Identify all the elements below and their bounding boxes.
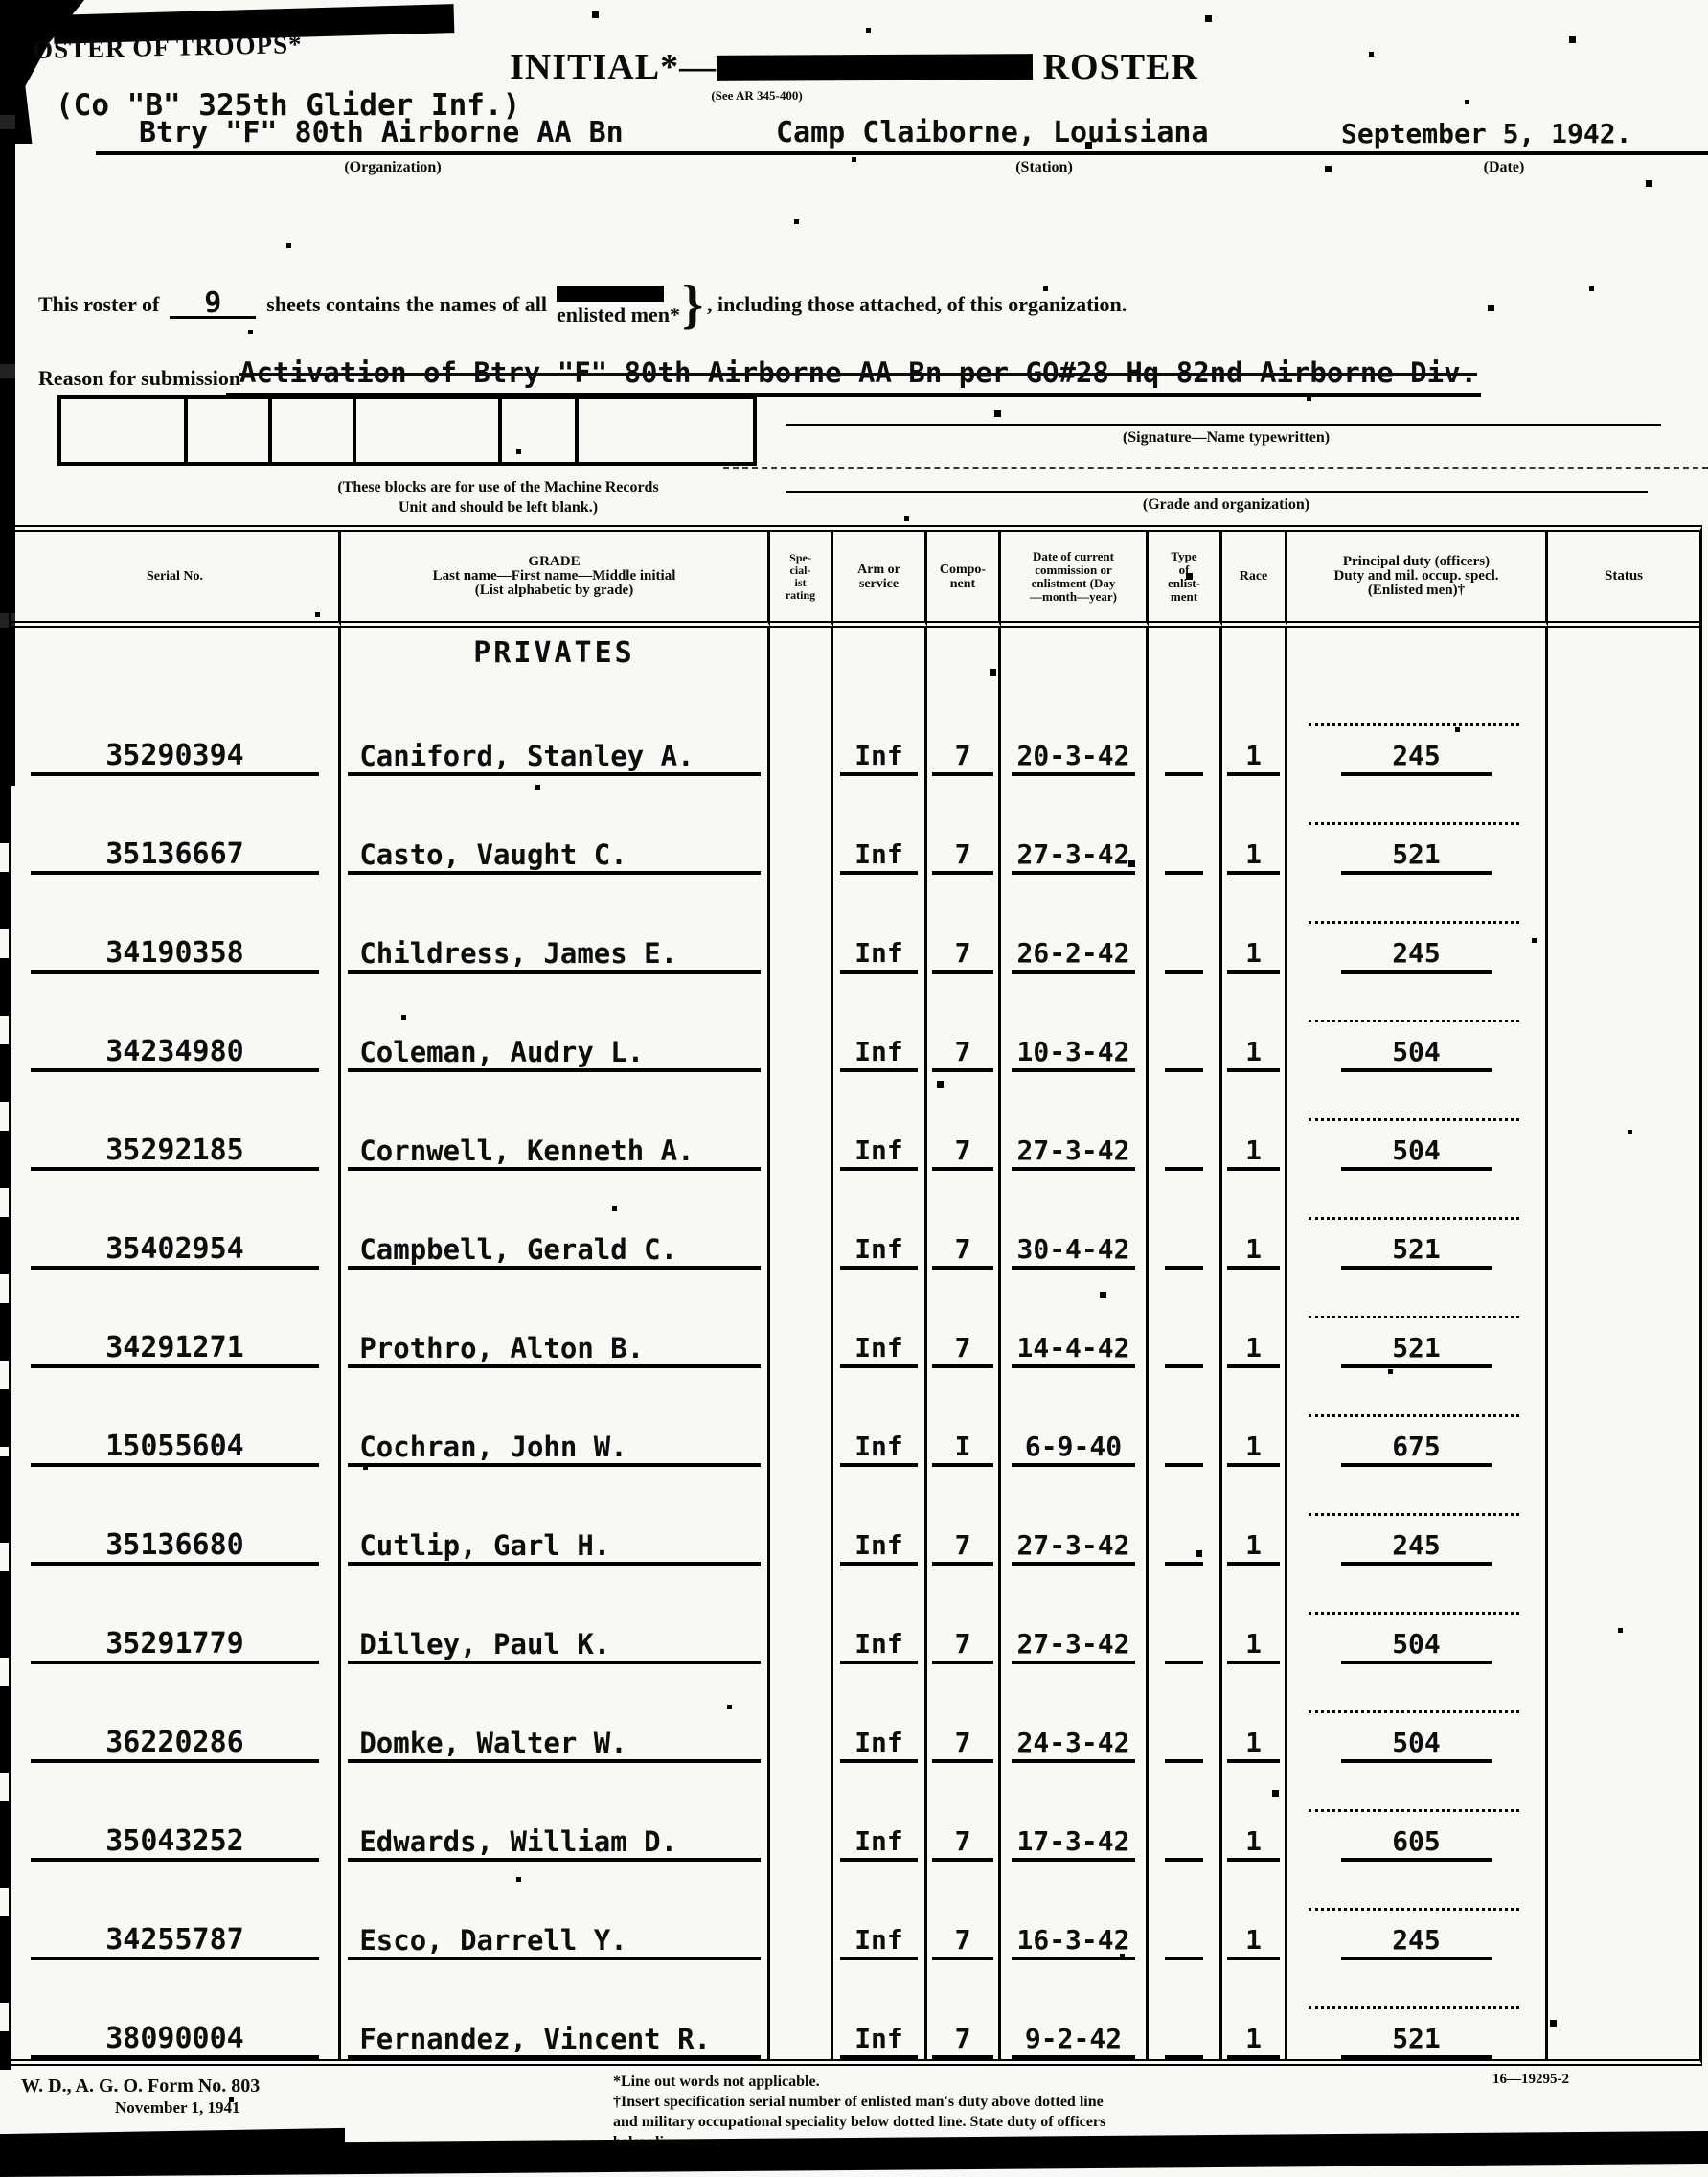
header-race: Race <box>1222 532 1287 628</box>
duty-dotted-line <box>1309 1414 1520 1417</box>
component-value: 7 <box>932 742 993 776</box>
name-value: Caniford, Stanley A. <box>348 742 760 776</box>
machine-records-box <box>579 395 757 466</box>
status-cell <box>1548 1960 1699 2059</box>
serial-cell: 35136680 <box>11 1467 341 1566</box>
name-value: Fernandez, Vincent R. <box>348 2025 760 2059</box>
arm-cell: Inf <box>833 1862 927 1960</box>
organization-label: (Organization) <box>249 159 536 176</box>
race-cell: 1 <box>1222 1566 1287 1664</box>
status-cell <box>1548 1763 1699 1862</box>
type-cell <box>1149 1171 1222 1270</box>
duty-dotted-line <box>1309 2006 1520 2009</box>
name-value: Esco, Darrell Y. <box>348 1926 760 1960</box>
type-cell <box>1149 974 1222 1072</box>
section-row-cell <box>927 628 1001 677</box>
serial-cell: 35292185 <box>11 1072 341 1171</box>
date-cell: 24-3-42 <box>1001 1664 1149 1763</box>
section-row-cell <box>1149 628 1222 677</box>
reason-for-submission-row: Reason for submission Activation of Btry… <box>38 355 1686 397</box>
race-value: 1 <box>1227 840 1281 875</box>
race-cell: 1 <box>1222 1467 1287 1566</box>
sheet-count-underline <box>170 316 256 319</box>
duty-value: 605 <box>1341 1827 1491 1862</box>
duty-cell: 675 <box>1287 1368 1548 1467</box>
specialist-cell <box>770 1664 833 1763</box>
dashed-divider <box>723 467 1708 469</box>
header-status: Status <box>1548 532 1699 628</box>
duty-dotted-line <box>1309 822 1520 825</box>
race-cell: 1 <box>1222 875 1287 974</box>
machine-records-box <box>188 395 272 466</box>
name-value: Casto, Vaught C. <box>348 840 760 875</box>
date-cell: 9-2-42 <box>1001 1960 1149 2059</box>
scanned-roster-document: OSTER OF TROOPS* INITIAL*— ROSTER (See A… <box>0 0 1708 2177</box>
specialist-cell <box>770 875 833 974</box>
component-cell: 7 <box>927 974 1001 1072</box>
duty-value: 245 <box>1341 1531 1491 1566</box>
section-row-cell <box>1287 628 1548 677</box>
name-cell: Dilley, Paul K. <box>341 1566 770 1664</box>
type-cell <box>1149 776 1222 875</box>
header-specialist-rating: Spe- cial- ist rating <box>770 532 833 628</box>
name-cell: Prothro, Alton B. <box>341 1270 770 1368</box>
component-value: 7 <box>932 1630 993 1664</box>
name-value: Edwards, William D. <box>348 1827 760 1862</box>
name-cell: Childress, James E. <box>341 875 770 974</box>
arm-cell: Inf <box>833 1171 927 1270</box>
sentence-part1: This roster of <box>38 292 159 317</box>
name-cell: Edwards, William D. <box>341 1763 770 1862</box>
duty-cell: 504 <box>1287 1664 1548 1763</box>
duty-dotted-line <box>1309 1118 1520 1121</box>
specialist-cell <box>770 776 833 875</box>
type-cell <box>1149 1072 1222 1171</box>
form-date: November 1, 1941 <box>115 2098 239 2118</box>
section-row-cell <box>1222 628 1287 677</box>
component-value: 7 <box>932 939 993 974</box>
closing-brace-glyph: } <box>682 274 703 335</box>
name-value: Domke, Walter W. <box>348 1729 760 1763</box>
specialist-cell <box>770 1171 833 1270</box>
sentence-part2: sheets contains the names of all <box>266 292 547 317</box>
roster-sentence: This roster of 9 sheets contains the nam… <box>38 274 1686 335</box>
arm-cell: Inf <box>833 1467 927 1566</box>
title-redaction-bar <box>717 54 1033 81</box>
duty-value: 521 <box>1341 1334 1491 1368</box>
status-cell <box>1548 1467 1699 1566</box>
date-value: 27-3-42 <box>1012 1136 1136 1171</box>
serial-value: 34190358 <box>31 939 318 974</box>
serial-cell: 35136667 <box>11 776 341 875</box>
duty-value: 245 <box>1341 742 1491 776</box>
arm-value: Inf <box>840 1827 919 1862</box>
type-cell <box>1149 1368 1222 1467</box>
name-cell: Cochran, John W. <box>341 1368 770 1467</box>
duty-dotted-line <box>1309 1020 1520 1022</box>
race-value: 1 <box>1227 1630 1281 1664</box>
duty-cell: 521 <box>1287 1960 1548 2059</box>
status-cell <box>1548 875 1699 974</box>
sentence-part3: , including those attached, of this orga… <box>707 292 1127 317</box>
serial-cell: 35290394 <box>11 677 341 776</box>
duty-value: 504 <box>1341 1729 1491 1763</box>
race-value: 1 <box>1227 939 1281 974</box>
arm-cell: Inf <box>833 677 927 776</box>
status-cell <box>1548 1072 1699 1171</box>
duty-dotted-line <box>1309 1612 1520 1615</box>
component-cell: 7 <box>927 1072 1001 1171</box>
name-value: Coleman, Audry L. <box>348 1038 760 1072</box>
component-cell: I <box>927 1368 1001 1467</box>
name-cell: Campbell, Gerald C. <box>341 1171 770 1270</box>
serial-cell: 34291271 <box>11 1270 341 1368</box>
date-cell: 6-9-40 <box>1001 1368 1149 1467</box>
component-cell: 7 <box>927 1270 1001 1368</box>
date-value: 26-2-42 <box>1012 939 1136 974</box>
date-value: 10-3-42 <box>1012 1038 1136 1072</box>
race-cell: 1 <box>1222 1664 1287 1763</box>
race-value: 1 <box>1227 1038 1281 1072</box>
name-cell: Fernandez, Vincent R. <box>341 1960 770 2059</box>
duty-cell: 245 <box>1287 1862 1548 1960</box>
date-value: 14-4-42 <box>1012 1334 1136 1368</box>
specialist-cell <box>770 1467 833 1566</box>
header-principal-duty: Principal duty (officers) Duty and mil. … <box>1287 532 1548 628</box>
arm-value: Inf <box>840 1926 919 1960</box>
specialist-cell <box>770 1763 833 1862</box>
date-cell: 30-4-42 <box>1001 1171 1149 1270</box>
page-title: INITIAL*— ROSTER <box>0 46 1708 88</box>
duty-value: 521 <box>1341 2025 1491 2059</box>
type-cell <box>1149 1467 1222 1566</box>
name-cell: Cornwell, Kenneth A. <box>341 1072 770 1171</box>
status-cell <box>1548 1171 1699 1270</box>
serial-value: 35043252 <box>31 1827 318 1862</box>
title-regulation-note: (See AR 345-400) <box>517 88 996 103</box>
serial-cell: 15055604 <box>11 1368 341 1467</box>
serial-value: 35291779 <box>31 1630 318 1664</box>
machine-records-box <box>57 395 188 466</box>
component-value: 7 <box>932 1926 993 1960</box>
serial-value: 35290394 <box>31 742 318 776</box>
status-cell <box>1548 1270 1699 1368</box>
specialist-cell <box>770 1072 833 1171</box>
race-value: 1 <box>1227 1926 1281 1960</box>
arm-cell: Inf <box>833 1664 927 1763</box>
date-cell: 10-3-42 <box>1001 974 1149 1072</box>
duty-cell: 504 <box>1287 974 1548 1072</box>
component-value: I <box>932 1432 993 1467</box>
race-value: 1 <box>1227 1827 1281 1862</box>
reason-value: Activation of Btry "F" 80th Airborne AA … <box>239 356 1477 389</box>
arm-value: Inf <box>840 939 919 974</box>
race-cell: 1 <box>1222 1368 1287 1467</box>
status-cell <box>1548 677 1699 776</box>
component-value: 7 <box>932 1334 993 1368</box>
name-value: Cutlip, Garl H. <box>348 1531 760 1566</box>
specialist-cell <box>770 1368 833 1467</box>
date-cell: 26-2-42 <box>1001 875 1149 974</box>
name-value: Campbell, Gerald C. <box>348 1235 760 1270</box>
date-cell: 16-3-42 <box>1001 1862 1149 1960</box>
arm-value: Inf <box>840 2025 919 2059</box>
print-code: 16—19295-2 <box>1492 2072 1569 2088</box>
duty-cell: 605 <box>1287 1763 1548 1862</box>
date-value: September 5, 1942. <box>1341 118 1631 149</box>
serial-cell: 36220286 <box>11 1664 341 1763</box>
date-cell: 27-3-42 <box>1001 1566 1149 1664</box>
component-value: 7 <box>932 1136 993 1171</box>
component-cell: 7 <box>927 875 1001 974</box>
date-label: (Date) <box>1360 159 1648 176</box>
serial-value: 34291271 <box>31 1334 318 1368</box>
serial-cell: 34234980 <box>11 974 341 1072</box>
race-value: 1 <box>1227 1136 1281 1171</box>
status-cell <box>1548 1862 1699 1960</box>
date-cell: 27-3-42 <box>1001 1467 1149 1566</box>
duty-value: 521 <box>1341 1235 1491 1270</box>
component-cell: 7 <box>927 1763 1001 1862</box>
date-value: 24-3-42 <box>1012 1729 1136 1763</box>
header-date-of-enlistment: Date of current commission or enlistment… <box>1001 532 1149 628</box>
date-cell: 17-3-42 <box>1001 1763 1149 1862</box>
duty-value: 504 <box>1341 1630 1491 1664</box>
station-underline: Camp Claiborne, Louisiana <box>747 151 1284 155</box>
race-value: 1 <box>1227 2025 1281 2059</box>
date-underline: September 5, 1942. <box>1284 151 1708 155</box>
serial-cell: 35402954 <box>11 1171 341 1270</box>
sheet-count-field: 9 <box>167 291 259 319</box>
arm-value: Inf <box>840 1531 919 1566</box>
status-cell <box>1548 1664 1699 1763</box>
duty-value: 245 <box>1341 939 1491 974</box>
date-cell: 27-3-42 <box>1001 776 1149 875</box>
duty-cell: 245 <box>1287 1467 1548 1566</box>
machine-records-box <box>356 395 502 466</box>
enlisted-men-option: enlisted men* <box>557 305 680 325</box>
race-value: 1 <box>1227 1235 1281 1270</box>
date-value: 27-3-42 <box>1012 840 1136 875</box>
signature-label: (Signature—Name typewritten) <box>843 429 1609 447</box>
date-cell: 14-4-42 <box>1001 1270 1149 1368</box>
component-value: 7 <box>932 840 993 875</box>
name-value: Childress, James E. <box>348 939 760 974</box>
component-cell: 7 <box>927 1664 1001 1763</box>
section-row-serial-cell <box>11 628 341 677</box>
date-value: 9-2-42 <box>1012 2025 1136 2059</box>
section-row-cell <box>833 628 927 677</box>
officers-option-redaction <box>557 286 664 302</box>
duty-dotted-line <box>1309 1809 1520 1812</box>
race-value: 1 <box>1227 1531 1281 1566</box>
serial-cell: 35291779 <box>11 1566 341 1664</box>
duty-cell: 245 <box>1287 875 1548 974</box>
arm-value: Inf <box>840 1038 919 1072</box>
component-cell: 7 <box>927 776 1001 875</box>
duty-cell: 521 <box>1287 1270 1548 1368</box>
duty-dotted-line <box>1309 921 1520 924</box>
section-row-cell <box>1548 628 1699 677</box>
name-cell: Casto, Vaught C. <box>341 776 770 875</box>
duty-value: 521 <box>1341 840 1491 875</box>
status-cell <box>1548 1368 1699 1467</box>
status-cell <box>1548 776 1699 875</box>
date-value: 30-4-42 <box>1012 1235 1136 1270</box>
reason-label: Reason for submission <box>38 366 240 391</box>
component-cell: 7 <box>927 1960 1001 2059</box>
name-value: Cochran, John W. <box>348 1432 760 1467</box>
signature-line <box>786 424 1661 426</box>
arm-value: Inf <box>840 742 919 776</box>
date-value: 20-3-42 <box>1012 742 1136 776</box>
name-cell: Coleman, Audry L. <box>341 974 770 1072</box>
serial-value: 35402954 <box>31 1235 318 1270</box>
race-cell: 1 <box>1222 1763 1287 1862</box>
duty-value: 504 <box>1341 1038 1491 1072</box>
race-cell: 1 <box>1222 776 1287 875</box>
specialist-cell <box>770 1270 833 1368</box>
title-suffix: ROSTER <box>1033 47 1198 87</box>
date-value: 16-3-42 <box>1012 1926 1136 1960</box>
section-row-cell <box>1001 628 1149 677</box>
duty-value: 504 <box>1341 1136 1491 1171</box>
date-cell: 20-3-42 <box>1001 677 1149 776</box>
name-value: Prothro, Alton B. <box>348 1334 760 1368</box>
component-cell: 7 <box>927 1467 1001 1566</box>
header-grade-name: GRADE Last name—First name—Middle initia… <box>341 532 770 628</box>
duty-dotted-line <box>1309 1316 1520 1318</box>
arm-value: Inf <box>840 1432 919 1467</box>
duty-dotted-line <box>1309 723 1520 726</box>
section-heading-label: PRIVATES <box>473 636 635 670</box>
type-cell <box>1149 1566 1222 1664</box>
race-value: 1 <box>1227 742 1281 776</box>
serial-value: 34255787 <box>31 1926 318 1960</box>
grade-line <box>786 491 1648 493</box>
machine-records-box <box>502 395 579 466</box>
status-cell <box>1548 974 1699 1072</box>
duty-dotted-line <box>1309 1710 1520 1713</box>
race-value: 1 <box>1227 1729 1281 1763</box>
duty-dotted-line <box>1309 1217 1520 1220</box>
arm-cell: Inf <box>833 974 927 1072</box>
arm-cell: Inf <box>833 776 927 875</box>
race-cell: 1 <box>1222 1270 1287 1368</box>
scan-edge-artifact <box>0 786 9 1456</box>
duty-value: 675 <box>1341 1432 1491 1467</box>
arm-value: Inf <box>840 1334 919 1368</box>
serial-value: 35292185 <box>31 1136 318 1171</box>
organization-value: Btry "F" 80th Airborne AA Bn <box>139 116 624 149</box>
component-value: 7 <box>932 1729 993 1763</box>
specialist-cell <box>770 1960 833 2059</box>
grade-label: (Grade and organization) <box>843 496 1609 514</box>
specialist-cell <box>770 1862 833 1960</box>
type-cell <box>1149 677 1222 776</box>
race-cell: 1 <box>1222 1171 1287 1270</box>
duty-dotted-line <box>1309 1908 1520 1911</box>
roster-table: Serial No. GRADE Last name—First name—Mi… <box>9 525 1702 2066</box>
component-cell: 7 <box>927 1171 1001 1270</box>
component-value: 7 <box>932 1531 993 1566</box>
organization-underline: Btry "F" 80th Airborne AA Bn <box>96 151 747 155</box>
arm-cell: Inf <box>833 1960 927 2059</box>
serial-value: 35136667 <box>31 840 318 875</box>
race-value: 1 <box>1227 1334 1281 1368</box>
arm-cell: Inf <box>833 1072 927 1171</box>
header-arm-or-service: Arm or service <box>833 532 927 628</box>
station-label: (Station) <box>900 159 1188 176</box>
title-prefix: INITIAL*— <box>510 47 717 87</box>
race-cell: 1 <box>1222 1862 1287 1960</box>
arm-cell: Inf <box>833 1763 927 1862</box>
scan-noise-speckles <box>0 0 3 3</box>
name-cell: Caniford, Stanley A. <box>341 677 770 776</box>
type-underline <box>1165 2053 1204 2059</box>
serial-value: 35136680 <box>31 1531 318 1566</box>
date-value: 27-3-42 <box>1012 1630 1136 1664</box>
machine-records-blocks <box>57 395 757 466</box>
race-cell: 1 <box>1222 677 1287 776</box>
serial-value: 15055604 <box>31 1432 318 1467</box>
race-value: 1 <box>1227 1432 1281 1467</box>
date-value: 17-3-42 <box>1012 1827 1136 1862</box>
arm-value: Inf <box>840 1630 919 1664</box>
serial-value: 36220286 <box>31 1729 318 1763</box>
serial-value: 38090004 <box>31 2025 318 2059</box>
station-value: Camp Claiborne, Louisiana <box>776 116 1209 149</box>
duty-cell: 504 <box>1287 1072 1548 1171</box>
duty-value: 245 <box>1341 1926 1491 1960</box>
header-type-of-enlistment: Type of enlist- ment <box>1149 532 1222 628</box>
form-number: W. D., A. G. O. Form No. 803 <box>21 2075 260 2097</box>
status-cell <box>1548 1566 1699 1664</box>
header-serial: Serial No. <box>11 532 341 628</box>
sheet-count-value: 9 <box>204 291 221 316</box>
arm-cell: Inf <box>833 1270 927 1368</box>
arm-value: Inf <box>840 1235 919 1270</box>
specialist-cell <box>770 974 833 1072</box>
name-value: Cornwell, Kenneth A. <box>348 1136 760 1171</box>
section-row-cell <box>770 628 833 677</box>
serial-cell: 34190358 <box>11 875 341 974</box>
name-value: Dilley, Paul K. <box>348 1630 760 1664</box>
duty-cell: 521 <box>1287 776 1548 875</box>
component-cell: 7 <box>927 1862 1001 1960</box>
arm-value: Inf <box>840 1729 919 1763</box>
name-cell: Cutlip, Garl H. <box>341 1467 770 1566</box>
serial-cell: 34255787 <box>11 1862 341 1960</box>
duty-cell: 245 <box>1287 677 1548 776</box>
component-value: 7 <box>932 1235 993 1270</box>
serial-cell: 35043252 <box>11 1763 341 1862</box>
type-cell <box>1149 1763 1222 1862</box>
type-cell <box>1149 1664 1222 1763</box>
type-cell <box>1149 875 1222 974</box>
section-heading-privates: PRIVATES <box>341 628 770 677</box>
personnel-type-options: enlisted men* <box>557 286 680 325</box>
type-cell <box>1149 1270 1222 1368</box>
header-component: Compo- nent <box>927 532 1001 628</box>
arm-cell: Inf <box>833 1566 927 1664</box>
duty-cell: 521 <box>1287 1171 1548 1270</box>
component-cell: 7 <box>927 677 1001 776</box>
arm-value: Inf <box>840 840 919 875</box>
race-cell: 1 <box>1222 1960 1287 2059</box>
arm-cell: Inf <box>833 1368 927 1467</box>
serial-cell: 38090004 <box>11 1960 341 2059</box>
